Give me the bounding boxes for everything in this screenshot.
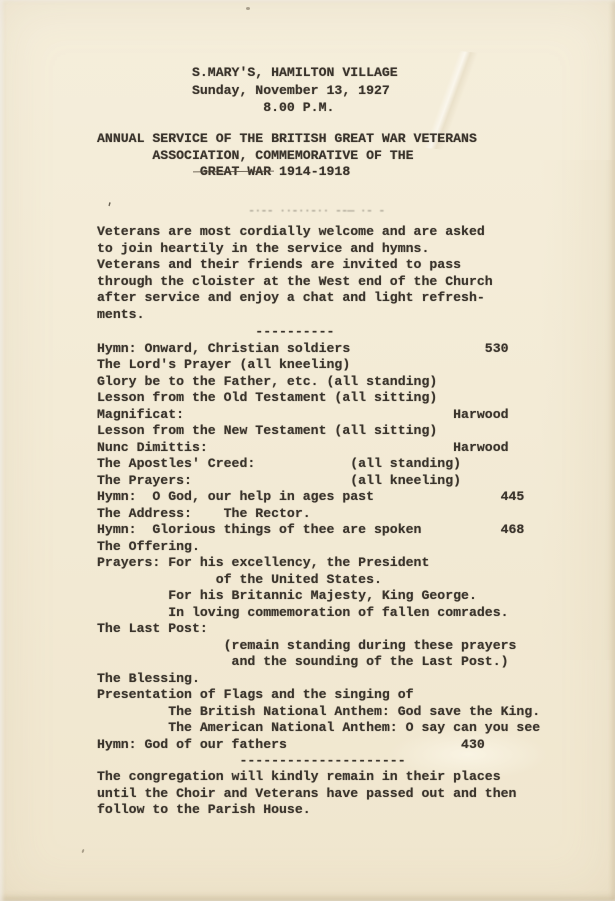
ink-speck bbox=[246, 7, 250, 10]
war-years: 1914-1918 bbox=[271, 164, 350, 179]
hymn-god-of-our-fathers-line: Hymn: God of our fathers 430 bbox=[97, 737, 540, 754]
closing-line-3: follow to the Parish House. bbox=[97, 802, 516, 819]
presentation-of-flags-line: Presentation of Flags and the singing of bbox=[97, 687, 540, 704]
order-of-service: ---------- Hymn: Onward, Christian soldi… bbox=[97, 324, 540, 770]
last-post-note-line-2: and the sounding of the Last Post.) bbox=[97, 654, 540, 671]
blessing-line: The Blessing. bbox=[97, 671, 540, 688]
separator-line-2: --------------------- bbox=[97, 753, 540, 770]
faded-separator: -·-- ··-··-·· --— ·- - bbox=[248, 204, 384, 218]
welcome-line-2: to join heartily in the service and hymn… bbox=[97, 241, 493, 258]
welcome-line-1: Veterans are most cordially welcome and … bbox=[97, 224, 493, 241]
offering-line: The Offering. bbox=[97, 539, 540, 556]
prayers-line: The Prayers: (all kneeling) bbox=[97, 473, 540, 490]
closing-line-2: until the Choir and Veterans have passed… bbox=[97, 786, 516, 803]
american-anthem-line: The American National Anthem: O say can … bbox=[97, 720, 540, 737]
struck-text: GREAT WAR bbox=[200, 164, 271, 179]
indent bbox=[97, 164, 200, 179]
closing-line-1: The congregation will kindly remain in t… bbox=[97, 769, 516, 786]
ot-lesson-line: Lesson from the Old Testament (all sitti… bbox=[97, 390, 540, 407]
welcome-line-4: through the cloister at the West end of … bbox=[97, 274, 493, 291]
prayers-united-states-line: of the United States. bbox=[97, 572, 540, 589]
hymn-o-god-line: Hymn: O God, our help in ages past 445 bbox=[97, 489, 540, 506]
welcome-line-6: ments. bbox=[97, 307, 493, 324]
magnificat-line: Magnificat: Harwood bbox=[97, 407, 540, 424]
paper-shading bbox=[540, 160, 615, 660]
event-header: S.MARY'S, HAMILTON VILLAGE Sunday, Novem… bbox=[97, 64, 398, 117]
welcome-paragraph: Veterans are most cordially welcome and … bbox=[97, 224, 493, 323]
service-title: ANNUAL SERVICE OF THE BRITISH GREAT WAR … bbox=[97, 131, 477, 181]
prayers-president-line: Prayers: For his excellency, the Preside… bbox=[97, 555, 540, 572]
title-line-2: ASSOCIATION, COMMEMORATIVE OF THE bbox=[97, 148, 477, 165]
hymn-onward-line: Hymn: Onward, Christian soldiers 530 bbox=[97, 341, 540, 358]
british-anthem-line: The British National Anthem: God save th… bbox=[97, 704, 540, 721]
ink-speck bbox=[81, 849, 84, 853]
address-line: The Address: The Rector. bbox=[97, 506, 540, 523]
date-line: Sunday, November 13, 1927 bbox=[97, 82, 398, 100]
prayers-comrades-line: In loving commemoration of fallen comrad… bbox=[97, 605, 540, 622]
commemorative-line: GREAT WAR 1914-1918 bbox=[97, 164, 477, 181]
prayers-king-george-line: For his Britannic Majesty, King George. bbox=[97, 588, 540, 605]
gloria-line: Glory be to the Father, etc. (all standi… bbox=[97, 374, 540, 391]
venue-line: S.MARY'S, HAMILTON VILLAGE bbox=[97, 64, 398, 82]
title-line-1: ANNUAL SERVICE OF THE BRITISH GREAT WAR … bbox=[97, 131, 477, 148]
hymn-glorious-line: Hymn: Glorious things of thee are spoken… bbox=[97, 522, 540, 539]
lords-prayer-line: The Lord's Prayer (all kneeling) bbox=[97, 357, 540, 374]
welcome-line-5: after service and enjoy a chat and light… bbox=[97, 290, 493, 307]
service-program-page: S.MARY'S, HAMILTON VILLAGE Sunday, Novem… bbox=[0, 0, 615, 901]
closing-paragraph: The congregation will kindly remain in t… bbox=[97, 769, 516, 819]
welcome-line-3: Veterans and their friends are invited t… bbox=[97, 257, 493, 274]
nt-lesson-line: Lesson from the New Testament (all sitti… bbox=[97, 423, 540, 440]
time-line: 8.00 P.M. bbox=[97, 99, 398, 117]
apostles-creed-line: The Apostles' Creed: (all standing) bbox=[97, 456, 540, 473]
last-post-note-line-1: (remain standing during these prayers bbox=[97, 638, 540, 655]
separator-line: ---------- bbox=[97, 324, 540, 341]
last-post-line: The Last Post: bbox=[97, 621, 540, 638]
stray-mark: ' bbox=[103, 200, 113, 215]
nunc-dimittis-line: Nunc Dimittis: Harwood bbox=[97, 440, 540, 457]
